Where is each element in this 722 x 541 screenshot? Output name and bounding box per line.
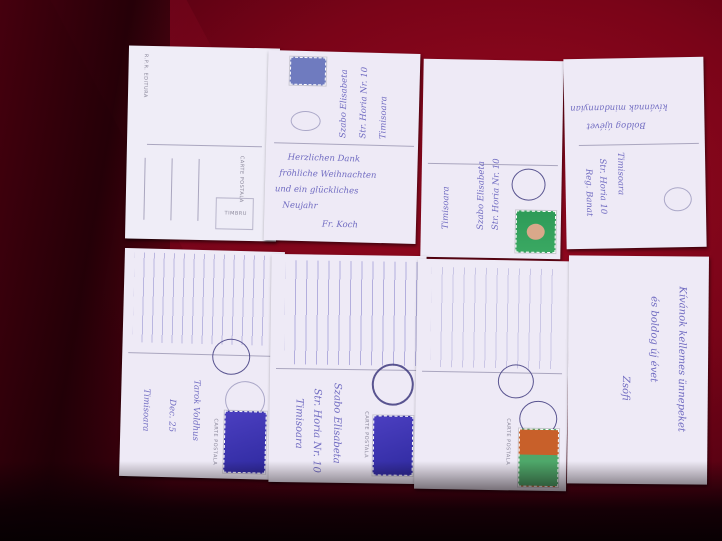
handwritten-name: Szabo Elisabeta xyxy=(338,69,350,138)
handwritten-line: Kívánok kellemes ünnepeket xyxy=(675,286,686,432)
divider xyxy=(422,371,562,374)
postcard-top-2: Szabo Elisabeta Str. Horia Nr. 10 Timiso… xyxy=(264,50,421,244)
handwritten-message xyxy=(133,252,275,346)
postcard-top-1: R.P.R. EDITURA CARTE POSTALA TIMBRU xyxy=(125,45,280,241)
handwritten-line: kívánnak mindannyian xyxy=(570,101,668,113)
postmark xyxy=(511,168,546,201)
handwritten-message xyxy=(430,267,562,369)
postcard-label: CARTE POSTALA xyxy=(504,418,511,465)
postmark xyxy=(290,111,321,132)
handwritten-line: Boldog újévet xyxy=(586,120,645,131)
postcard-bottom-3: CARTE POSTALA xyxy=(414,259,570,492)
postcard-label: CARTE POSTALA xyxy=(238,156,245,203)
address-line xyxy=(170,158,172,220)
foreground-shadow xyxy=(0,461,722,541)
handwritten-region: Reg. Banat xyxy=(583,169,594,217)
handwritten-name: Szabo Elisabeta xyxy=(476,161,487,230)
address-line xyxy=(143,158,145,220)
postmark xyxy=(498,364,535,399)
handwritten-date: Dec. 25 xyxy=(166,399,177,432)
handwritten-line: Neujahr xyxy=(282,200,317,211)
postmark-timisoara xyxy=(371,363,414,406)
postcard-top-4: Boldog újévet kívánnak mindannyian Timis… xyxy=(563,57,706,249)
stamp-box: TIMBRU xyxy=(215,197,254,230)
divider xyxy=(274,142,414,147)
divider xyxy=(147,144,262,147)
handwritten-signature: Fr. Koch xyxy=(322,220,358,231)
handwritten-name: Tarok Voldhus xyxy=(190,380,202,441)
handwritten-city: Timisoara xyxy=(441,186,452,229)
postcard-bottom-1: CARTE POSTALA Tarok Voldhus Dec. 25 Timi… xyxy=(119,248,285,480)
postmark xyxy=(212,338,251,375)
postmark xyxy=(664,187,692,211)
handwritten-line: fröhliche Weihnachten xyxy=(279,168,376,181)
handwritten-name: Szabo Elisabeta xyxy=(331,383,342,464)
handwritten-city: Timisoara xyxy=(293,398,304,449)
handwritten-city: Timisoara xyxy=(140,388,151,431)
handwritten-street: Str. Horia Nr. 10 xyxy=(358,67,370,139)
stamp-portrait xyxy=(527,224,545,240)
handwritten-city: Timisoara xyxy=(378,96,389,139)
postcard-label: CARTE POSTALA xyxy=(363,411,370,458)
green-stamp xyxy=(515,210,556,253)
postcard-top-3: Szabo Elisabeta Str. Horia Nr. 10 Timiso… xyxy=(420,59,563,259)
postcard-bottom-2: Szabo Elisabeta Str. Horia Nr. 10 Timiso… xyxy=(268,254,426,484)
stamp-box-label: TIMBRU xyxy=(224,210,247,216)
blue-stamp xyxy=(290,57,327,86)
handwritten-line: és boldog új évet xyxy=(648,296,659,382)
divider xyxy=(579,143,699,146)
handwritten-signature: Zsófi xyxy=(620,376,630,401)
handwritten-street: Str. Horia Nr. 10 xyxy=(491,158,502,230)
handwritten-line: und ein glückliches xyxy=(275,184,359,196)
postcard-header: R.P.R. EDITURA xyxy=(142,54,149,98)
handwritten-city: Timisoara xyxy=(615,152,626,195)
divider xyxy=(128,352,278,357)
address-line xyxy=(197,159,199,221)
handwritten-line: Herzlichen Dank xyxy=(288,153,361,165)
handwritten-street: Str. Horia 10 xyxy=(597,158,608,214)
postcard-label: CARTE POSTALA xyxy=(211,418,218,465)
handwritten-message xyxy=(284,260,419,366)
postcard-bottom-4: Kívánok kellemes ünnepeket és boldog új … xyxy=(567,255,709,484)
